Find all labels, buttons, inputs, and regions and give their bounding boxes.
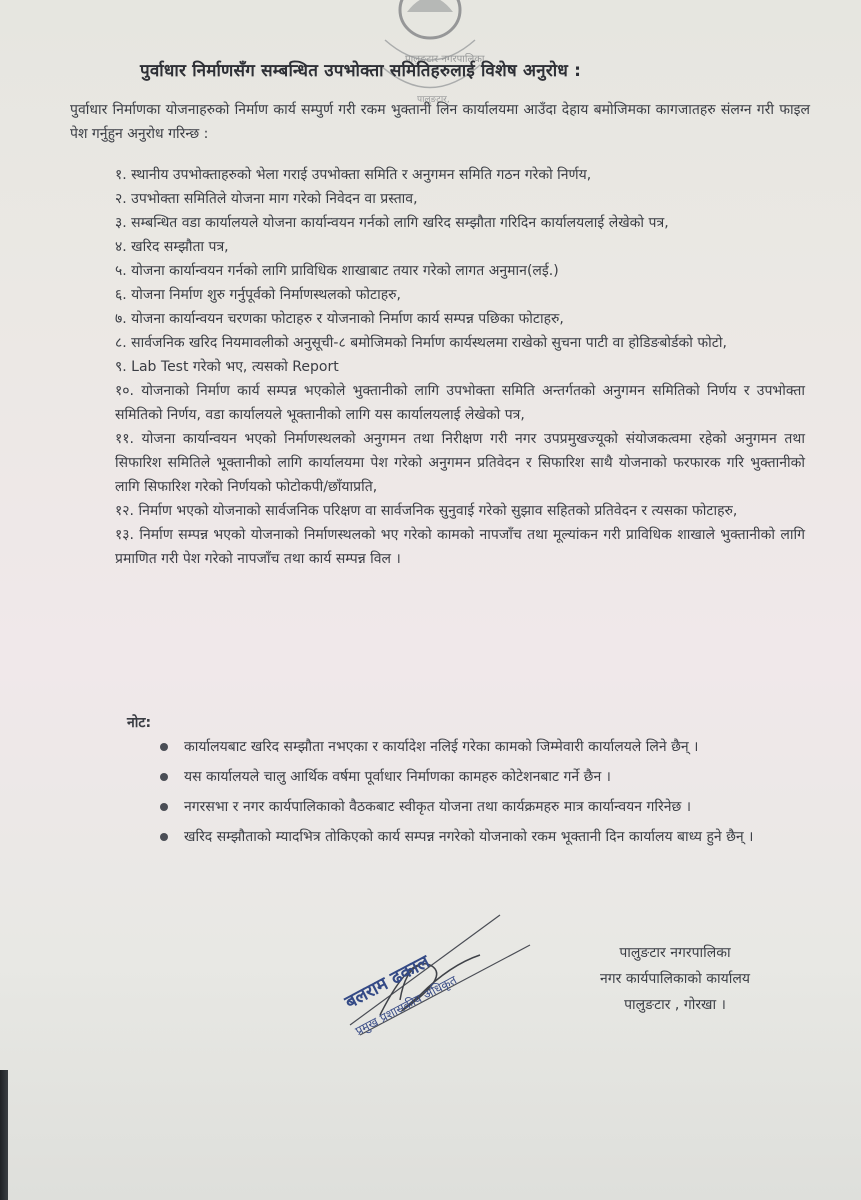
office-name: पालुङटार नगरपालिका	[545, 940, 805, 966]
note-item: नगरसभा र नगर कार्यपालिकाको वैठकबाट स्वीक…	[160, 795, 810, 819]
intro-paragraph: पुर्वाधार निर्माणका योजनाहरुको निर्माण क…	[70, 98, 810, 146]
bullet-icon	[160, 773, 168, 781]
notes-list: कार्यालयबाट खरिद सम्झौता नभएका र कार्याद…	[160, 735, 810, 855]
requirement-item: ४. खरिद सम्झौता पत्र,	[115, 235, 805, 259]
note-item: खरिद सम्झौताको म्यादभित्र तोकिएको कार्य …	[160, 825, 810, 849]
requirement-item: ८. सार्वजनिक खरिद नियमावलीको अनुसूची-८ ब…	[115, 331, 805, 355]
requirement-item: ५. योजना कार्यान्वयन गर्नको लागि प्राविध…	[115, 259, 805, 283]
document-title: पुर्वाधार निर्माणसँग सम्बन्धित उपभोक्ता …	[140, 58, 760, 81]
requirement-item: १२. निर्माण भएको योजनाको सार्वजनिक परिक्…	[115, 499, 805, 523]
bullet-icon	[160, 743, 168, 751]
note-item: कार्यालयबाट खरिद सम्झौता नभएका र कार्याद…	[160, 735, 810, 759]
requirement-item: ९. Lab Test गरेको भए, त्यसको Report	[115, 355, 805, 379]
requirement-item: ६. योजना निर्माण शुरु गर्नुपूर्वको निर्म…	[115, 283, 805, 307]
photo-edge-shadow	[0, 1070, 8, 1200]
requirement-item: ३. सम्बन्धित वडा कार्यालयले योजना कार्या…	[115, 211, 805, 235]
requirement-item: ११. योजना कार्यान्वयन भएको निर्माणस्थलको…	[115, 427, 805, 499]
note-text: खरिद सम्झौताको म्यादभित्र तोकिएको कार्य …	[184, 829, 753, 845]
note-text: यस कार्यालयले चालु आर्थिक वर्षमा पूर्वाध…	[184, 769, 611, 785]
requirement-item: २. उपभोक्ता समितिले योजना माग गरेको निवे…	[115, 187, 805, 211]
note-label: नोट:	[127, 713, 151, 732]
note-text: नगरसभा र नगर कार्यपालिकाको वैठकबाट स्वीक…	[184, 799, 691, 815]
note-item: यस कार्यालयले चालु आर्थिक वर्षमा पूर्वाध…	[160, 765, 810, 789]
bullet-icon	[160, 803, 168, 811]
office-department: नगर कार्यपालिकाको कार्यालय	[545, 966, 805, 992]
requirement-item: १३. निर्माण सम्पन्न भएको योजनाको निर्माण…	[115, 523, 805, 571]
note-text: कार्यालयबाट खरिद सम्झौता नभएका र कार्याद…	[184, 739, 698, 755]
bullet-icon	[160, 833, 168, 841]
requirement-item: १. स्थानीय उपभोक्ताहरुको भेला गराई उपभोक…	[115, 163, 805, 187]
requirements-list: १. स्थानीय उपभोक्ताहरुको भेला गराई उपभोक…	[115, 163, 805, 571]
requirement-item: १०. योजनाको निर्माण कार्य सम्पन्न भएकोले…	[115, 379, 805, 427]
office-address-block: पालुङटार नगरपालिका नगर कार्यपालिकाको कार…	[545, 940, 805, 1018]
office-location: पालुङटार , गोरखा ।	[545, 992, 805, 1018]
requirement-item: ७. योजना कार्यान्वयन चरणका फोटाहरु र योज…	[115, 307, 805, 331]
